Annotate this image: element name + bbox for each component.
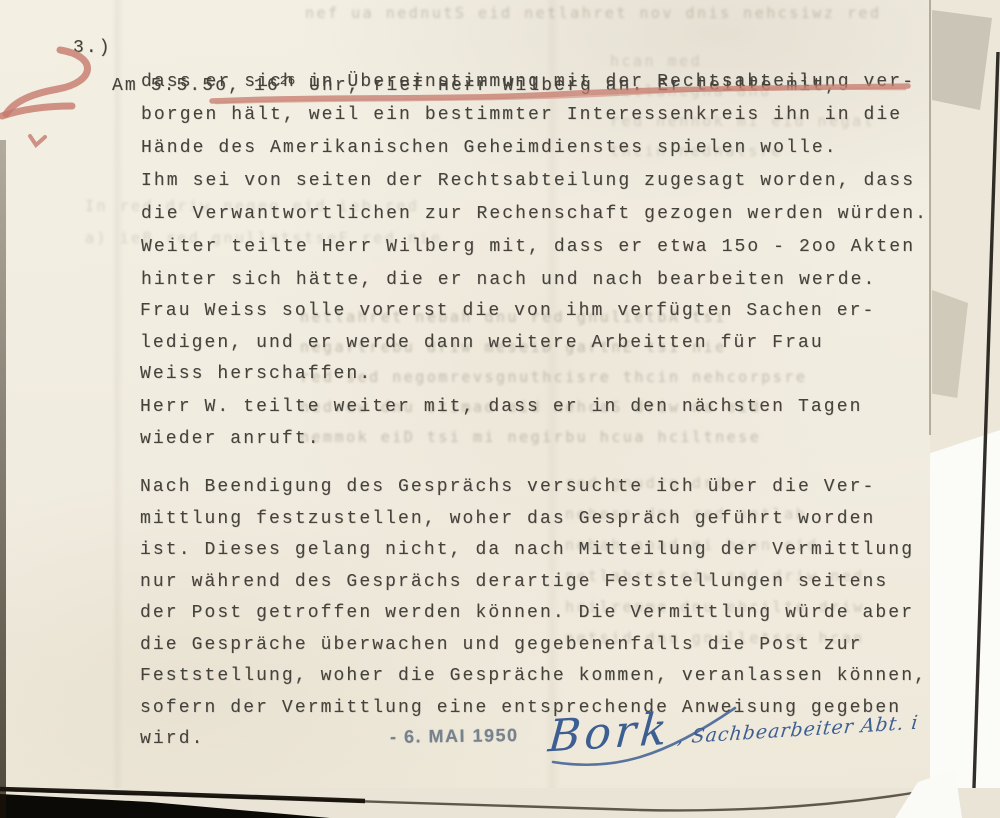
fold-shadow [932,290,968,398]
fold-shadow [932,10,992,110]
adjacent-sheet-right [930,0,1000,470]
paragraph: Frau Weiss solle vorerst die von ihm ver… [140,296,875,391]
bottom-page-edge [0,760,1000,818]
adjacent-sheet-bottom [0,788,1000,818]
signature-name: Bork [546,704,672,763]
scanner-backing [930,430,1000,818]
date-stamp: - 6. MAI 1950 [390,725,519,748]
scan-edge-left [0,140,6,818]
scan-edge-right [960,0,1000,818]
paragraph: Herr W. teilte weiter mit, dass er in de… [140,392,863,455]
paragraph: Ihm sei von seiten der Rechtsabteilung z… [141,165,928,297]
bleedthrough-text: nef ua nednutS eid netlahret nov dnis ne… [305,0,945,27]
item-number: 3.) [73,32,112,65]
paragraph: dass er sich in Übereinstimmung mit der … [141,66,915,165]
document-page: nef ua nednutS eid netlahret nov dnis ne… [0,0,1000,818]
page-fold-line [929,0,931,435]
